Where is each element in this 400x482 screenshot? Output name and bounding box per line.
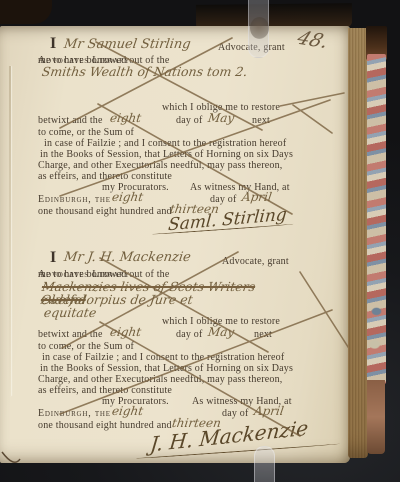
photo-of-borrowing-register: 48. I Mr Samuel Stirling Advocate, grant… xyxy=(0,0,400,482)
printed-day-of-2: day of xyxy=(222,408,248,419)
printed-charge: Charge, and other Executorials needful, … xyxy=(38,374,282,385)
register-entry-mackenzie: I Mr J. H. Mackenzie Advocate, grant me … xyxy=(0,26,350,463)
printed-advocate-grant: Advocate, grant xyxy=(222,256,289,267)
book-fore-edge xyxy=(348,28,368,458)
printed-effeirs: as effeirs, and thereto constitute xyxy=(38,385,172,396)
printed-to-come: to come, or the Sum of xyxy=(38,341,134,352)
printed-year: one thousand eight hundred and xyxy=(38,420,172,431)
marbled-endpaper-edge xyxy=(367,54,386,384)
signed-day: eight xyxy=(111,404,144,418)
printed-next: next xyxy=(254,329,272,340)
printed-edinburgh: Edinburgh, the xyxy=(38,408,111,419)
due-day: eight xyxy=(109,325,142,339)
printed-day-of: day of xyxy=(176,329,202,340)
book-cover-corner xyxy=(0,0,52,24)
due-month: May xyxy=(207,325,235,339)
page-holder-strip-bottom xyxy=(254,446,275,482)
printed-books: in the Books of Session, that Letters of… xyxy=(40,363,293,374)
borrower-name: Mr J. H. Mackenzie xyxy=(63,250,192,265)
book-title-3: equitate xyxy=(43,305,97,320)
printed-betwixt: betwixt and the xyxy=(38,329,103,340)
register-page: 48. I Mr Samuel Stirling Advocate, grant… xyxy=(0,26,350,463)
cover-edge-bottom xyxy=(367,380,385,454)
printed-failzie: in case of Failzie ; and I consent to th… xyxy=(42,352,284,363)
page-holder-knob xyxy=(250,17,269,39)
signed-month: April xyxy=(253,404,285,418)
book-cover-top-edge xyxy=(196,3,352,29)
printed-pronoun: I xyxy=(50,252,56,263)
